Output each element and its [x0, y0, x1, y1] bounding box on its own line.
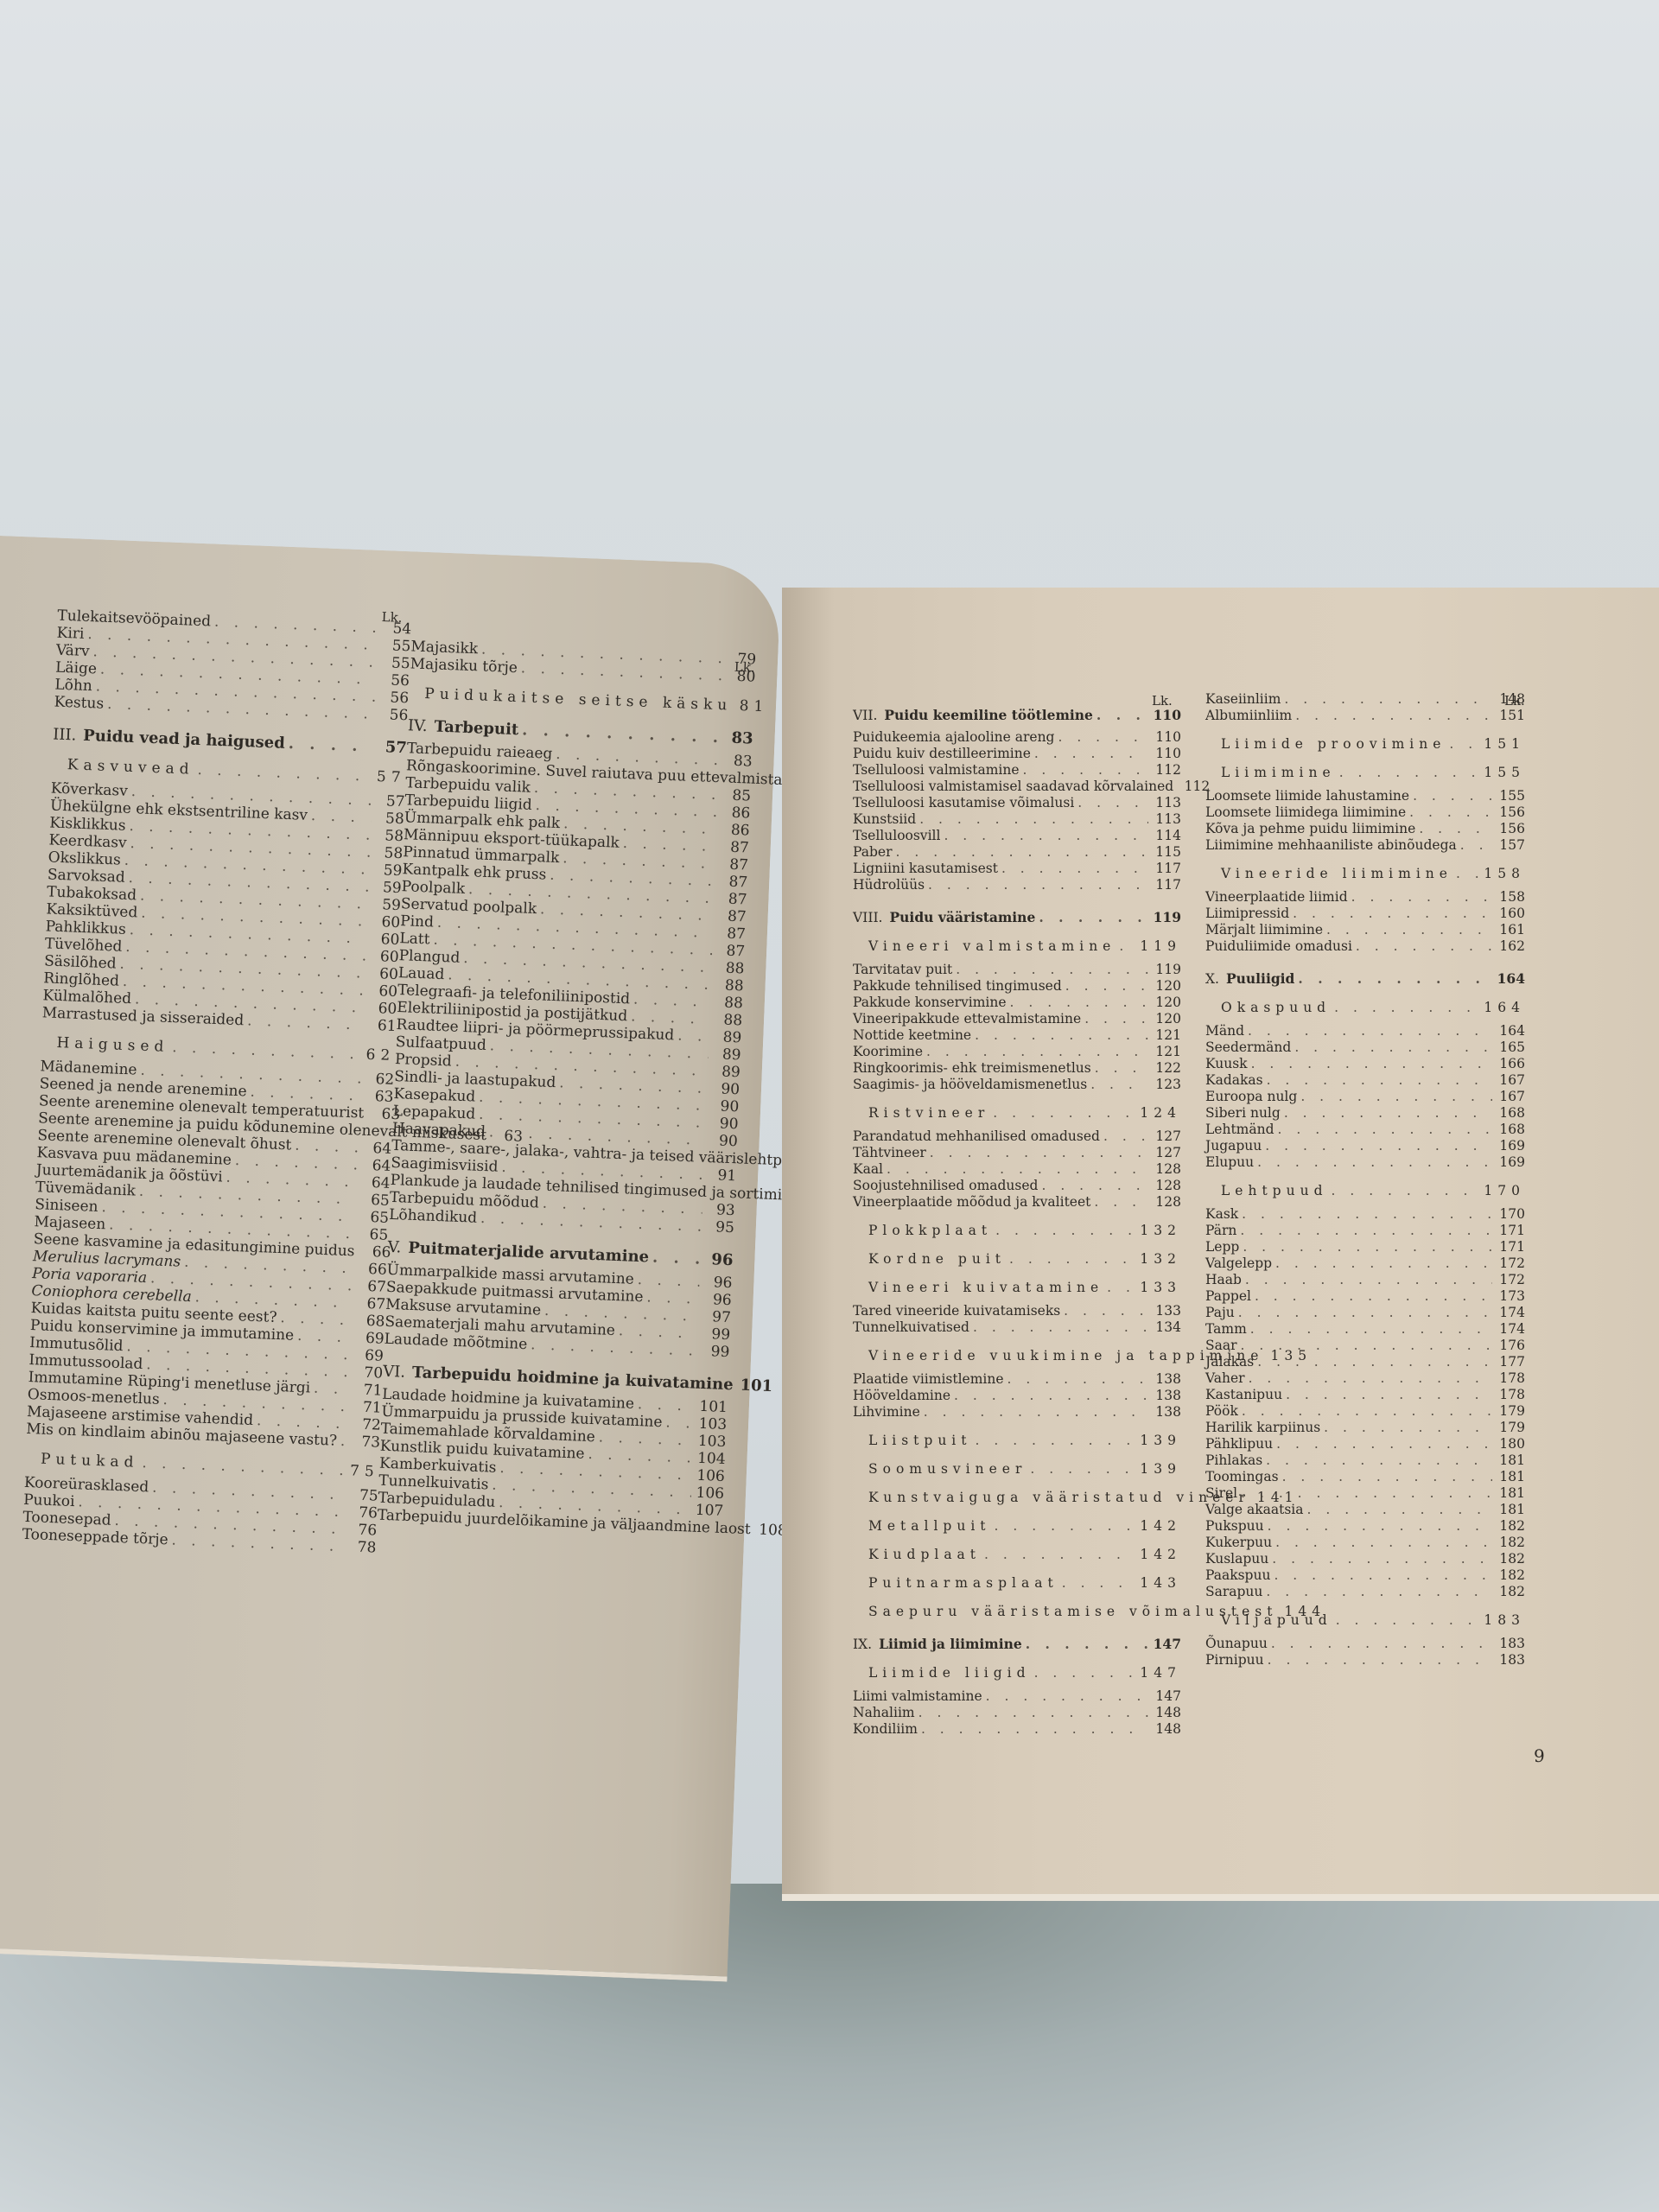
toc-title: Majasiku tõrje — [410, 655, 518, 677]
toc-chapter: III.Puidu vead ja haigused57 — [53, 727, 407, 758]
toc-title: Liimide proovimine — [1221, 736, 1446, 753]
toc-page-number: 69 — [354, 1346, 385, 1364]
toc-title: Kask — [1205, 1206, 1238, 1223]
toc-title: Vineerplaatide mõõdud ja kvaliteet — [853, 1194, 1090, 1211]
toc-page-number: 75 — [349, 1462, 379, 1480]
dot-leader — [887, 1161, 1148, 1178]
toc-entry: Tähtvineer127 — [853, 1145, 1181, 1161]
dot-leader — [975, 1433, 1136, 1449]
toc-page-number: 72 — [351, 1415, 381, 1433]
toc-page-number: 60 — [368, 965, 398, 983]
toc-entry: Euroopa nulg167 — [1205, 1089, 1525, 1105]
toc-page-number: 110 — [1152, 707, 1181, 723]
toc-page-number: 157 — [1496, 837, 1525, 854]
toc-page-number: 95 — [705, 1218, 735, 1236]
toc-page-number: 66 — [357, 1261, 387, 1279]
toc-entry: Sirel181 — [1205, 1485, 1525, 1502]
toc-page-number: 60 — [367, 1000, 397, 1018]
toc-title: Kaseiinliim — [1205, 691, 1281, 708]
dot-leader — [1278, 1122, 1492, 1138]
toc-page-number: 167 — [1496, 1072, 1525, 1089]
toc-page-number: 59 — [372, 861, 403, 880]
dot-leader — [1084, 1011, 1148, 1027]
toc-page-number: 117 — [1152, 877, 1181, 893]
dot-leader — [311, 807, 372, 827]
toc-page-number: 127 — [1152, 1145, 1181, 1161]
toc-entry: Loomsete liimidega liimimine156 — [1205, 804, 1525, 821]
toc-entry: Saagimis- ja hööveldamismenetlus123 — [853, 1077, 1181, 1093]
toc-title: Puitnarmasplaat — [868, 1575, 1058, 1592]
toc-title: Propsid — [395, 1051, 452, 1071]
dot-leader — [522, 721, 721, 747]
toc-section: Liimide proovimine151 — [1205, 736, 1525, 753]
toc-entry: Vineerplaatide liimid158 — [1205, 889, 1525, 906]
dot-leader — [1243, 1239, 1492, 1255]
toc-page-number: 171 — [1496, 1223, 1525, 1239]
toc-entry: Märjalt liimimine161 — [1205, 922, 1525, 938]
dot-leader — [975, 1027, 1148, 1044]
toc-page-number: 151 — [1496, 708, 1525, 724]
toc-title: Valgelepp — [1205, 1255, 1272, 1272]
toc-entry: Lihvimine138 — [853, 1404, 1181, 1421]
toc-title: Tselluloosvill — [853, 828, 940, 844]
chapter-title: Tarbepuit — [434, 717, 518, 739]
toc-title: Vineeri valmistamine — [868, 938, 1116, 955]
toc-title: Pärn — [1205, 1223, 1236, 1239]
toc-title: Tamm — [1205, 1321, 1247, 1338]
toc-title: Lõhandikud — [389, 1206, 478, 1227]
toc-page-number: 172 — [1496, 1255, 1525, 1272]
toc-title: Pirnipuu — [1205, 1652, 1264, 1669]
toc-entry: Paakspuu182 — [1205, 1567, 1525, 1584]
dot-leader — [367, 1105, 368, 1122]
toc-page-number: 86 — [720, 821, 750, 839]
toc-page-number: 56 — [379, 689, 410, 707]
dot-leader — [1249, 1370, 1492, 1387]
toc-page-number: 60 — [368, 982, 398, 1001]
dot-leader — [736, 1376, 737, 1394]
dot-leader — [1257, 1354, 1492, 1370]
toc-title: VIII.Puidu vääristamine — [853, 909, 1035, 926]
toc-page-number: 60 — [371, 913, 401, 931]
toc-section: Puitnarmasplaat143 — [853, 1575, 1181, 1592]
toc-title: Plaatide viimistlemine — [853, 1371, 1004, 1388]
dot-leader — [924, 1404, 1148, 1421]
toc-page-number: 110 — [1152, 729, 1181, 746]
toc-title: Pähklipuu — [1205, 1436, 1273, 1452]
toc-page-number: 110 — [1152, 746, 1181, 762]
toc-page-number: 183 — [1484, 1612, 1525, 1629]
toc-page-number: 158 — [1496, 889, 1525, 906]
toc-entry: Vaher178 — [1205, 1370, 1525, 1387]
dot-leader — [1332, 1183, 1481, 1199]
toc-entry: Pärn171 — [1205, 1223, 1525, 1239]
toc-entry: Puiduliimide omadusi162 — [1205, 938, 1525, 955]
toc-title: Loomsete liimide lahustamine — [1205, 788, 1409, 804]
chapter-title: Puidu vääristamine — [890, 909, 1036, 925]
toc-page-number: 155 — [1496, 788, 1525, 804]
dot-leader — [340, 1433, 348, 1450]
toc-title: Viljapuud — [1221, 1612, 1332, 1629]
toc-chapter: IX.Liimid ja liimimine147 — [853, 1636, 1181, 1653]
toc-page-number: 143 — [1140, 1575, 1181, 1592]
toc-page-number: 171 — [1496, 1239, 1525, 1255]
dot-leader — [637, 1271, 699, 1291]
toc-page-number: 128 — [1152, 1194, 1181, 1211]
dot-leader — [295, 1137, 359, 1157]
chapter-title: Puuliigid — [1226, 970, 1294, 987]
toc-entry: Soojustehnilised omadused128 — [853, 1178, 1181, 1194]
dot-leader — [1294, 1039, 1492, 1056]
dot-leader — [1041, 1178, 1148, 1194]
toc-entry: Vineerplaatide mõõdud ja kvaliteet128 — [853, 1194, 1181, 1211]
toc-entry: Pukspuu182 — [1205, 1518, 1525, 1535]
toc-page-number: 138 — [1152, 1371, 1181, 1388]
toc-page-number: 181 — [1496, 1469, 1525, 1485]
dot-leader — [1077, 795, 1148, 811]
toc-page-number: 133 — [1152, 1303, 1181, 1319]
dot-leader — [1284, 691, 1492, 708]
toc-page-number: 91 — [707, 1166, 737, 1185]
toc-section: Puidukaitse seitse käsku81 — [409, 684, 754, 715]
toc-page-number: 182 — [1496, 1584, 1525, 1600]
toc-page-number: 89 — [710, 1063, 741, 1081]
toc-section: Vineeri kuivatamine133 — [853, 1280, 1181, 1296]
dot-leader — [1245, 1272, 1492, 1288]
toc-entry: Hüdrolüüs117 — [853, 877, 1181, 893]
dot-leader — [1039, 909, 1148, 925]
toc-page-number: 119 — [1152, 909, 1181, 925]
dot-leader — [1062, 1575, 1137, 1592]
toc-page-number: 60 — [369, 948, 399, 966]
toc-section: Kunstvaiguga vääristatud vineer141 — [853, 1490, 1181, 1506]
dot-leader — [993, 1105, 1136, 1122]
toc-title: IX.Liimid ja liimimine — [853, 1636, 1022, 1653]
toc-entry: Nottide keetmine121 — [853, 1027, 1181, 1044]
toc-page-number: 172 — [1496, 1272, 1525, 1288]
toc-entry: Pihlakas181 — [1205, 1452, 1525, 1469]
dot-leader — [1090, 1077, 1148, 1093]
toc-page-number: 101 — [740, 1377, 772, 1395]
dot-leader — [1295, 708, 1492, 724]
toc-title: Poolpalk — [401, 878, 465, 898]
toc-entry: Jugapuu169 — [1205, 1138, 1525, 1154]
toc-page-number: 133 — [1140, 1280, 1181, 1296]
dot-leader — [973, 1319, 1148, 1336]
chapter-number: V. — [387, 1238, 401, 1257]
toc-title: Siniseen — [35, 1196, 99, 1216]
toc-column: Kaseiinliim148Albumiinliim151Liimide pro… — [1205, 691, 1525, 1669]
toc-page-number: 180 — [1496, 1436, 1525, 1452]
toc-title: VII.Puidu keemiline töötlemine — [853, 707, 1093, 724]
dot-leader — [297, 1327, 352, 1346]
toc-page-number: 63 — [364, 1088, 394, 1106]
toc-title: Puidu kuiv destilleerimine — [853, 746, 1031, 762]
toc-page-number: 81 — [739, 697, 769, 715]
toc-page-number: 57 — [375, 792, 405, 810]
toc-page-number: 183 — [1496, 1636, 1525, 1652]
dot-leader — [1275, 1535, 1492, 1551]
toc-title: Tähtvineer — [853, 1145, 926, 1161]
dot-leader — [1298, 970, 1492, 987]
toc-entry: Siberi nulg168 — [1205, 1105, 1525, 1122]
toc-entry: Lepp171 — [1205, 1239, 1525, 1255]
toc-page-number: 120 — [1152, 995, 1181, 1011]
dot-leader — [197, 761, 373, 785]
toc-page-number: 124 — [1140, 1105, 1181, 1122]
chapter-title: Puidu vead ja haigused — [83, 727, 285, 753]
toc-page-number: 68 — [355, 1312, 385, 1330]
toc-page-number: 99 — [700, 1343, 730, 1361]
toc-entry: Tselluloosi kasutamise võimalusi113 — [853, 795, 1181, 811]
toc-title: Putukad — [41, 1451, 139, 1471]
toc-entry: Tselluloosi valmistamine112 — [853, 762, 1181, 779]
toc-page-number: 103 — [696, 1433, 727, 1451]
toc-page-number: 128 — [1152, 1161, 1181, 1178]
chapter-title: Liimid ja liimimine — [879, 1636, 1022, 1652]
toc-page-number: 173 — [1496, 1288, 1525, 1305]
toc-page-number: 57 — [378, 739, 408, 757]
toc-page-number: 55 — [380, 654, 410, 672]
toc-page-number: 89 — [712, 1028, 742, 1046]
toc-entry: Pirnipuu183 — [1205, 1652, 1525, 1669]
toc-entry: Pöök179 — [1205, 1403, 1525, 1420]
toc-page-number: 76 — [348, 1503, 378, 1522]
dot-leader — [944, 828, 1148, 844]
dot-leader — [1356, 938, 1492, 955]
toc-entry: Puidukeemia ajalooline areng110 — [853, 729, 1181, 746]
toc-title: Kukerpuu — [1205, 1535, 1272, 1551]
toc-section: Kordne puit132 — [853, 1251, 1181, 1268]
toc-page-number: 174 — [1496, 1305, 1525, 1321]
toc-entry: Valge akaatsia181 — [1205, 1502, 1525, 1518]
dot-leader — [1009, 1251, 1136, 1268]
toc-page-number: 178 — [1496, 1370, 1525, 1387]
dot-leader — [1250, 1321, 1492, 1338]
toc-entry: Sarapuu182 — [1205, 1584, 1525, 1600]
toc-section: Vineeride liimimine158 — [1205, 866, 1525, 882]
toc-title: Vineeri kuivatamine — [868, 1280, 1103, 1296]
toc-page-number: 179 — [1496, 1420, 1525, 1436]
toc-page-number: 138 — [1152, 1404, 1181, 1421]
toc-page-number: 54 — [382, 620, 412, 638]
dot-leader — [1274, 1567, 1492, 1584]
toc-entry: Liimipressid160 — [1205, 906, 1525, 922]
dot-leader — [1103, 1128, 1148, 1145]
dot-leader — [753, 1521, 754, 1538]
toc-title: Ringkoorimis- ehk treimismenetlus — [853, 1060, 1091, 1077]
toc-title: Liimimine mehhaaniliste abinõudega — [1205, 837, 1457, 854]
toc-title: Paju — [1205, 1305, 1235, 1321]
toc-title: Hüdrolüüs — [853, 877, 925, 893]
toc-page-number: 90 — [709, 1115, 739, 1133]
toc-entry: Tselluloosi valmistamisel saadavad kõrva… — [853, 779, 1181, 795]
toc-page-number: 64 — [360, 1174, 391, 1192]
toc-page-number: 182 — [1496, 1551, 1525, 1567]
toc-title: Kuslapuu — [1205, 1551, 1268, 1567]
toc-entry: Loomsete liimide lahustamine155 — [1205, 788, 1525, 804]
toc-title: Värv — [56, 642, 90, 660]
toc-section: Liimide liigid147 — [853, 1665, 1181, 1681]
toc-title: Paakspuu — [1205, 1567, 1270, 1584]
toc-page-number: 62 — [365, 1071, 395, 1089]
dot-leader — [1266, 1452, 1492, 1469]
toc-title: Seedermänd — [1205, 1039, 1291, 1056]
toc-title: Haigused — [56, 1034, 169, 1056]
toc-title: Vineeripakkude ettevalmistamine — [853, 1011, 1081, 1027]
page-number: 9 — [1534, 1745, 1545, 1766]
toc-entry: Kask170 — [1205, 1206, 1525, 1223]
toc-entry: Pähklipuu180 — [1205, 1436, 1525, 1452]
dot-leader — [1242, 1206, 1492, 1223]
toc-page-number: 177 — [1496, 1354, 1525, 1370]
toc-title: Harilik karpiinus — [1205, 1420, 1320, 1436]
dot-leader — [1272, 1551, 1492, 1567]
toc-title: Lehtmänd — [1205, 1122, 1274, 1138]
toc-page-number: 147 — [1152, 1688, 1181, 1705]
dot-leader — [930, 1145, 1148, 1161]
toc-entry: Ringkoorimis- ehk treimismenetlus122 — [853, 1060, 1181, 1077]
toc-section: Metallpuit142 — [853, 1518, 1181, 1535]
toc-page-number: 158 — [1484, 866, 1525, 882]
dot-leader — [1030, 1461, 1136, 1478]
toc-page-number: 122 — [1152, 1060, 1181, 1077]
toc-page-number: 71 — [352, 1398, 382, 1416]
toc-page-number: 60 — [370, 931, 400, 949]
dot-leader — [1267, 1072, 1492, 1089]
toc-section: Kiudplaat142 — [853, 1547, 1181, 1563]
toc-page-number: 83 — [722, 752, 753, 770]
toc-page-number: 176 — [1496, 1338, 1525, 1354]
toc-page-number: 156 — [1496, 821, 1525, 837]
toc-title: Elupuu — [1205, 1154, 1254, 1171]
toc-page-number: 56 — [380, 671, 410, 690]
toc-page-number: 148 — [1496, 691, 1525, 708]
dot-leader — [314, 1380, 350, 1399]
toc-column: Majasikk79Majasiku tõrje80Puidukaitse se… — [377, 638, 756, 1537]
dot-leader — [1251, 1056, 1492, 1072]
toc-entry: Kuusk166 — [1205, 1056, 1525, 1072]
dot-leader — [1023, 762, 1148, 779]
dot-leader — [1268, 1652, 1492, 1669]
toc-page-number: 156 — [1496, 804, 1525, 821]
dot-leader — [1266, 1584, 1492, 1600]
toc-page-number: 90 — [710, 1080, 741, 1098]
toc-entry: Parandatud mehhanilised omadused127 — [853, 1128, 1181, 1145]
toc-page-number: 148 — [1152, 1721, 1181, 1738]
toc-title: Kõva ja pehme puidu liimimine — [1205, 821, 1415, 837]
toc-title: Liimipressid — [1205, 906, 1289, 922]
toc-page-number: 58 — [374, 827, 404, 845]
toc-page-number: 151 — [1484, 736, 1525, 753]
toc-title: Latt — [399, 930, 430, 948]
toc-entry: Tunnelkuivatised134 — [853, 1319, 1181, 1336]
toc-title: Sarapuu — [1205, 1584, 1262, 1600]
toc-entry: Tselluloosvill114 — [853, 828, 1181, 844]
toc-title: Tselluloosi kasutamise võimalusi — [853, 795, 1074, 811]
toc-page-number: 114 — [1152, 828, 1181, 844]
dot-leader — [995, 1518, 1137, 1535]
toc-title: Tarvitatav puit — [853, 962, 952, 978]
toc-page-number: 132 — [1140, 1251, 1181, 1268]
toc-page-number: 99 — [701, 1325, 731, 1344]
toc-page-number: 119 — [1152, 962, 1181, 978]
toc-page-number: 87 — [718, 873, 748, 891]
toc-title: Albumiinliim — [1205, 708, 1292, 724]
toc-page-number: 121 — [1152, 1027, 1181, 1044]
toc-chapter: X.Puuliigid164 — [1205, 970, 1525, 988]
toc-page-number: 69 — [354, 1329, 385, 1347]
toc-entry: Mänd164 — [1205, 1023, 1525, 1039]
toc-title: Õunapuu — [1205, 1636, 1268, 1652]
toc-page-number: 120 — [1152, 1011, 1181, 1027]
dot-leader — [918, 1705, 1148, 1721]
toc-title: Vineerplaatide liimid — [1205, 889, 1348, 906]
toc-entry: Kuslapuu182 — [1205, 1551, 1525, 1567]
toc-page-number: 181 — [1496, 1502, 1525, 1518]
toc-page-number: 76 — [347, 1521, 378, 1539]
chapter-number: VI. — [383, 1363, 406, 1382]
toc-page-number: 117 — [1152, 861, 1181, 877]
toc-entry: Jalakas177 — [1205, 1354, 1525, 1370]
toc-page-number: 182 — [1496, 1567, 1525, 1584]
toc-entry: Kukerpuu182 — [1205, 1535, 1525, 1551]
toc-entry: Kondiliim148 — [853, 1721, 1181, 1738]
toc-entry: Elupuu169 — [1205, 1154, 1525, 1171]
dot-leader — [1456, 866, 1480, 882]
toc-section: Lehtpuud170 — [1205, 1183, 1525, 1199]
toc-page-number: 169 — [1496, 1154, 1525, 1171]
toc-page-number: 56 — [378, 706, 409, 724]
toc-entry: Pakkude tehnilised tingimused120 — [853, 978, 1181, 995]
toc-title: Kuusk — [1205, 1056, 1248, 1072]
dot-leader — [1276, 1436, 1492, 1452]
toc-page-number: 182 — [1496, 1535, 1525, 1551]
toc-title: Vaher — [1205, 1370, 1245, 1387]
toc-chapter: VII.Puidu keemiline töötlemine110 — [853, 707, 1181, 724]
toc-page-number: 101 — [698, 1398, 728, 1416]
toc-page-number: 179 — [1496, 1403, 1525, 1420]
toc-page-number: 169 — [1496, 1138, 1525, 1154]
toc-page-number: 128 — [1152, 1178, 1181, 1194]
toc-title: Läige — [55, 659, 98, 678]
toc-page-number: 67 — [356, 1294, 386, 1313]
toc-page-number: 181 — [1496, 1485, 1525, 1502]
toc-entry: Pakkude konservimine120 — [853, 995, 1181, 1011]
toc-title: Liistpuit — [868, 1433, 971, 1449]
toc-page-number: 93 — [705, 1201, 735, 1219]
toc-entry: Puidu kuiv destilleerimine110 — [853, 746, 1181, 762]
toc-title: Plokkplaat — [868, 1223, 992, 1239]
toc-page-number: 119 — [1140, 938, 1181, 955]
dot-leader — [895, 844, 1148, 861]
toc-title: Lehtpuud — [1221, 1183, 1328, 1199]
toc-title: Kiudplaat — [868, 1547, 981, 1563]
toc-page-number: 138 — [1152, 1388, 1181, 1404]
toc-title: Mänd — [1205, 1023, 1244, 1039]
toc-page-number: 87 — [719, 855, 749, 874]
toc-page-number: 123 — [1152, 1077, 1181, 1093]
toc-page-number: 104 — [696, 1450, 726, 1468]
toc-page-number: 167 — [1496, 1089, 1525, 1105]
toc-entry: Albumiinliim151 — [1205, 708, 1525, 724]
toc-page-number: 79 — [727, 650, 757, 668]
toc-section: Vineeride vuukimine ja tappimine135 — [853, 1348, 1181, 1364]
toc-page-number: 165 — [1496, 1039, 1525, 1056]
toc-title: Tared vineeride kuivatamiseks — [853, 1303, 1060, 1319]
toc-entry: Harilik karpiinus179 — [1205, 1420, 1525, 1436]
toc-page-number: 71 — [353, 1381, 383, 1399]
